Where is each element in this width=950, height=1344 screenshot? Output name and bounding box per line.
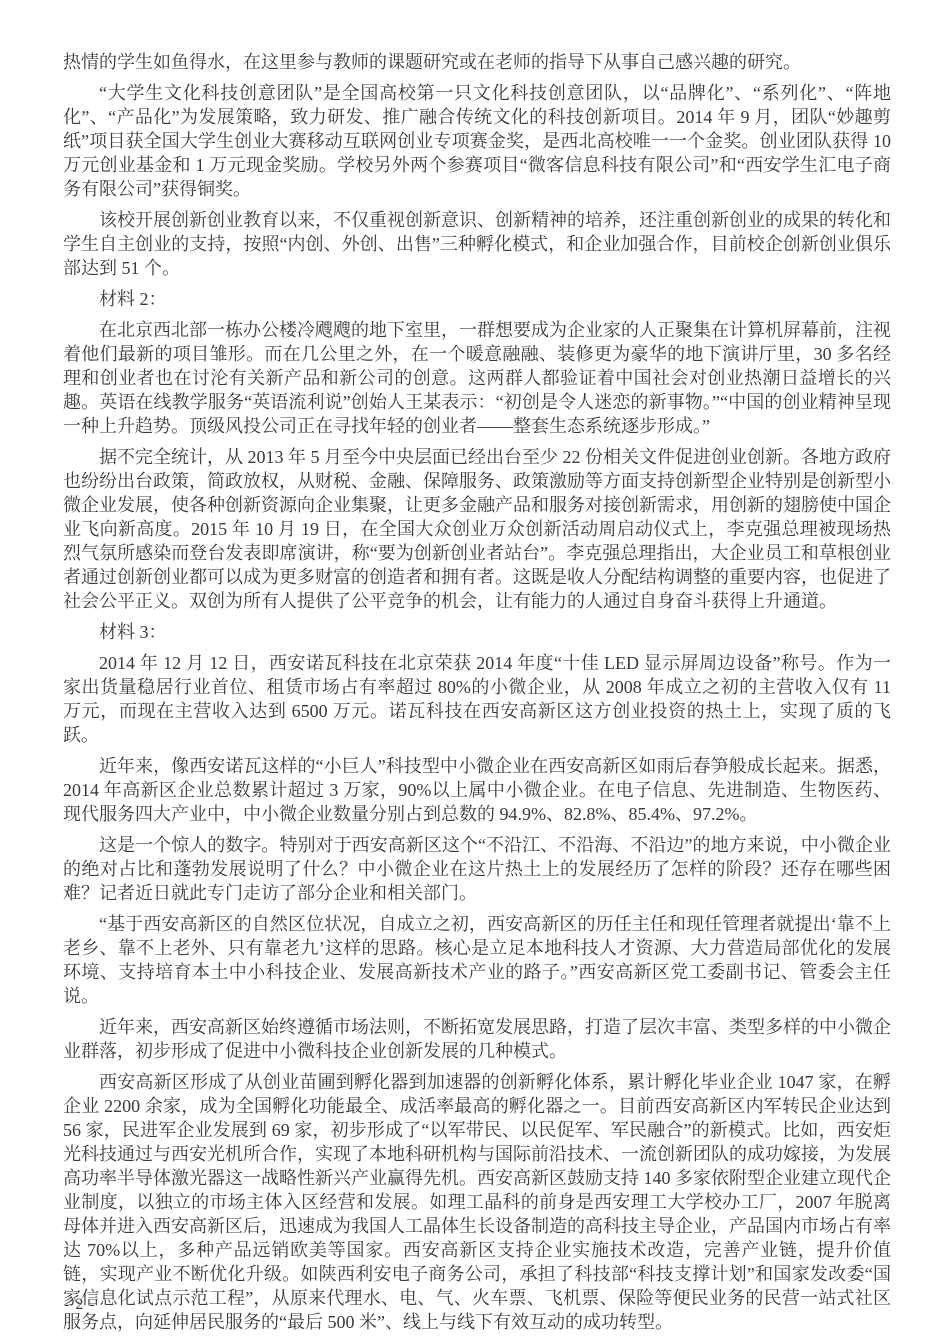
paragraph: 近年来，西安高新区始终遵循市场法则，不断拓宽发展思路，打造了层次丰富、类型多样的…: [63, 1015, 891, 1063]
page-number: - 2 -: [64, 1295, 96, 1315]
paragraph: 在北京西北部一栋办公楼冷飕飕的地下室里，一群想要成为企业家的人正聚集在计算机屏幕…: [63, 318, 891, 438]
paragraph: 2014 年 12 月 12 日，西安诺瓦科技在北京荣获 2014 年度“十佳 …: [63, 651, 891, 747]
document-body: 热情的学生如鱼得水，在这里参与教师的课题研究或在老师的指导下从事自己感兴趣的研究…: [63, 50, 891, 1334]
paragraph: “基于西安高新区的自然区位状况，自成立之初，西安高新区的历任主任和现任管理者就提…: [63, 912, 891, 1008]
paragraph: “大学生文化科技创意团队”是全国高校第一只文化科技创意团队，以“品牌化”、“系列…: [63, 81, 891, 201]
paragraph: 热情的学生如鱼得水，在这里参与教师的课题研究或在老师的指导下从事自己感兴趣的研究…: [63, 50, 891, 74]
paragraph: 近年来，像西安诺瓦这样的“小巨人”科技型中小微企业在西安高新区如雨后春笋般成长起…: [63, 754, 891, 826]
paragraph: 西安高新区形成了从创业苗圃到孵化器到加速器的创新孵化体系，累计孵化毕业企业 10…: [63, 1070, 891, 1334]
paragraph: 这是一个惊人的数字。特别对于西安高新区这个“不沿江、不沿海、不沿边”的地方来说，…: [63, 833, 891, 905]
paragraph: 据不完全统计，从 2013 年 5 月至今中央层面已经出台至少 22 份相关文件…: [63, 445, 891, 613]
document-page: 热情的学生如鱼得水，在这里参与教师的课题研究或在老师的指导下从事自己感兴趣的研究…: [0, 0, 950, 1344]
material-label: 材料 3：: [63, 620, 891, 644]
paragraph: 该校开展创新创业教育以来，不仅重视创新意识、创新精神的培养，还注重创新创业的成果…: [63, 208, 891, 280]
material-label: 材料 2：: [63, 287, 891, 311]
